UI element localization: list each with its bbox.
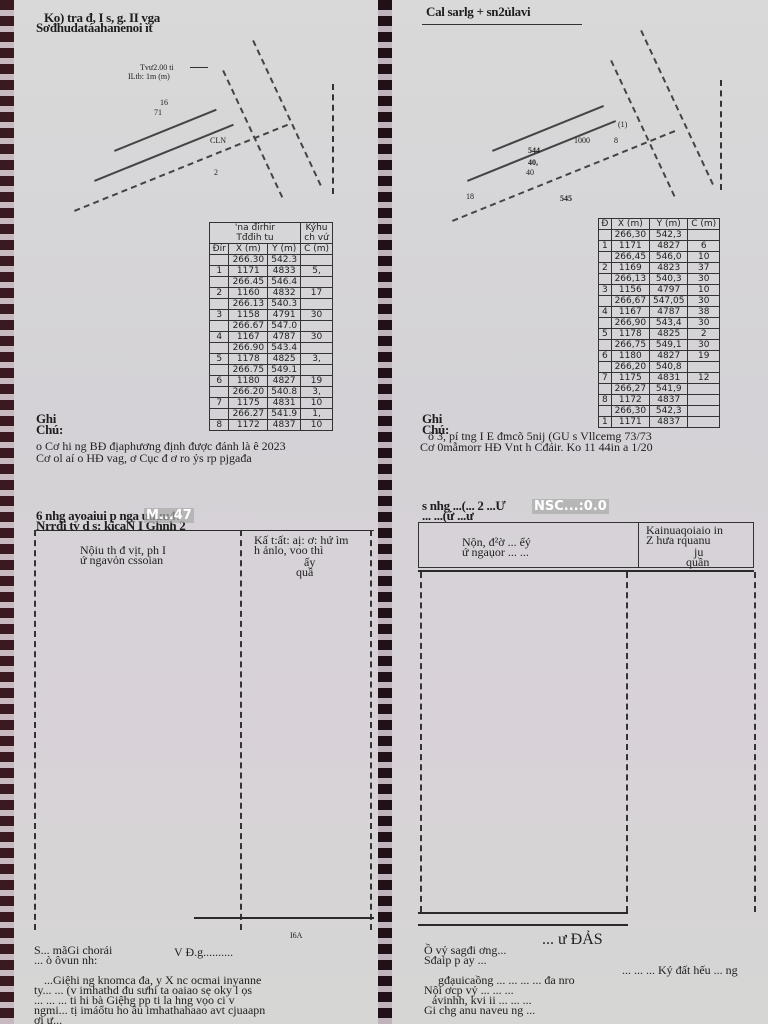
changes-col1-line2: ứ ngavỏn cssoian xyxy=(80,554,163,566)
table-cell xyxy=(599,362,612,373)
table-cell: 30 xyxy=(688,296,720,307)
table-cell: 4825 xyxy=(650,329,688,340)
right-note-line2: Cơ 0mẫmorr HĐ Vnt h Cđáir. Ko 11 44in a … xyxy=(420,441,653,453)
table-row: 266.20540.83, xyxy=(210,387,333,398)
parcel-boundary xyxy=(252,40,321,186)
table-row: 266,67547,0530 xyxy=(599,296,720,307)
changes-col2-line4: quầ xyxy=(296,566,313,578)
table-cell: 549.1 xyxy=(268,365,301,376)
table-cell: 4831 xyxy=(268,398,301,409)
header-col-divider xyxy=(638,522,639,568)
table-row: 81172483710 xyxy=(210,420,333,431)
table-cell: 543,4 xyxy=(650,318,688,329)
table-cell: 4827 xyxy=(650,241,688,252)
table-row: 266,45546,010 xyxy=(599,252,720,263)
table-cell: 266,30 xyxy=(611,230,649,241)
left-note-label2: Chú: xyxy=(36,424,63,436)
table-cell: 1156 xyxy=(611,285,649,296)
table-cell: 6 xyxy=(210,376,229,387)
table-cell xyxy=(688,362,720,373)
col-header: C (m) xyxy=(301,244,333,255)
table-cell: 6 xyxy=(688,241,720,252)
page-binding-edge-middle xyxy=(378,0,392,1024)
table-cell xyxy=(210,321,229,332)
table-row: 266,30542,3 xyxy=(599,230,720,241)
table-cell: 5 xyxy=(210,354,229,365)
table-cell: 266.20 xyxy=(229,387,268,398)
table-cell: 1178 xyxy=(611,329,649,340)
right-header-line1: Cal sarlg + sn2ủlavi xyxy=(426,6,530,18)
col-header: Y (m) xyxy=(650,219,688,230)
table-cell xyxy=(301,299,333,310)
parcel-boundary xyxy=(452,130,675,222)
table-cell: 1160 xyxy=(229,288,268,299)
table-cell: 4837 xyxy=(268,420,301,431)
table-right-border xyxy=(370,530,372,930)
table-col-divider xyxy=(240,530,242,930)
table-cell: 1171 xyxy=(611,417,649,428)
table-top-border xyxy=(34,530,374,531)
table-row: 266.30542.3 xyxy=(210,255,333,266)
table-row: 266.13540.3 xyxy=(210,299,333,310)
table-cell: 266,27 xyxy=(611,384,649,395)
table-cell: 266,75 xyxy=(611,340,649,351)
road-boundary xyxy=(332,84,334,194)
table-cell: 266,45 xyxy=(611,252,649,263)
table-cell: 4 xyxy=(599,307,612,318)
table-cell: 542,3 xyxy=(650,406,688,417)
table-row: 266,75549,130 xyxy=(599,340,720,351)
table-cell xyxy=(301,343,333,354)
table-row: 31156479710 xyxy=(599,285,720,296)
header-underline xyxy=(422,24,582,25)
table-cell: 266,13 xyxy=(611,274,649,285)
table-cell xyxy=(599,230,612,241)
table-cell: 19 xyxy=(301,376,333,387)
table-left-border xyxy=(420,572,422,912)
table-cell: 546,0 xyxy=(650,252,688,263)
table-cell xyxy=(688,406,720,417)
redaction-overlay: M...47 xyxy=(144,508,194,523)
col-header: C (m) xyxy=(688,219,720,230)
table-cell: 6 xyxy=(599,351,612,362)
table-row: 31158479130 xyxy=(210,310,333,321)
table-cell: 3, xyxy=(301,354,333,365)
table-cell: 17 xyxy=(301,288,333,299)
table-cell: 266,67 xyxy=(611,296,649,307)
table-cell: 547.0 xyxy=(268,321,301,332)
table-cell: 8 xyxy=(210,420,229,431)
table-row: 21160483217 xyxy=(210,288,333,299)
table-cell xyxy=(599,252,612,263)
table-cell: 1171 xyxy=(229,266,268,277)
table-cell xyxy=(210,299,229,310)
table-cell xyxy=(301,321,333,332)
table-row: 266.27541.91, xyxy=(210,409,333,420)
table-row: 71175483110 xyxy=(210,398,333,409)
col-header: X (m) xyxy=(229,244,268,255)
table-cell: 4797 xyxy=(650,285,688,296)
table-cell: 30 xyxy=(301,332,333,343)
footer-tag: I6A xyxy=(290,931,302,940)
table-cell xyxy=(688,384,720,395)
plot-label: 71 xyxy=(154,108,162,117)
table-row: 111714837 xyxy=(599,417,720,428)
plot-label: 16 xyxy=(160,98,168,107)
table-cell xyxy=(210,343,229,354)
table-cell: 266,30 xyxy=(611,406,649,417)
table-cell: 543.4 xyxy=(268,343,301,354)
table-row: 266,27541,9 xyxy=(599,384,720,395)
table-cell: 1 xyxy=(599,417,612,428)
table-cell: 1180 xyxy=(611,351,649,362)
table-cell: 19 xyxy=(688,351,720,362)
plot-label: 545 xyxy=(560,194,572,203)
table-cell: 266.45 xyxy=(229,277,268,288)
plot-label: 2 xyxy=(214,168,218,177)
table-cell xyxy=(599,406,612,417)
table-cell: 7 xyxy=(210,398,229,409)
col-header: Đ xyxy=(599,219,612,230)
table-cell: 1172 xyxy=(611,395,649,406)
left-note-line2: Cơ ol aí o HĐ vag, ơ Cục đ ơ ro ỷs rp pj… xyxy=(36,452,252,464)
table-cell: 1167 xyxy=(229,332,268,343)
table-cell: 10 xyxy=(688,252,720,263)
parcel-boundary xyxy=(114,109,217,152)
scale-leader xyxy=(190,67,208,68)
changes-col2-line4: quần xyxy=(686,556,709,568)
table-cell: 30 xyxy=(688,274,720,285)
table-cell: 541,9 xyxy=(650,384,688,395)
left-sign-line2: ... ò ôvun nh: xyxy=(34,954,97,966)
unit-label: ILtb: 1m (m) xyxy=(128,72,170,81)
table-row: 266,30542,3 xyxy=(599,406,720,417)
table-cell: 1 xyxy=(210,266,229,277)
right-sign-value: ... ư ĐẢS xyxy=(542,934,603,946)
table-cell: 1171 xyxy=(611,241,649,252)
scale-label: Tvư2.00 ti xyxy=(140,63,174,72)
table-cell xyxy=(301,255,333,266)
table-cell xyxy=(210,277,229,288)
table-cell: 2 xyxy=(688,329,720,340)
left-sign-value: V Đ.g.......... xyxy=(174,946,233,958)
table-cell: 541.9 xyxy=(268,409,301,420)
table-cell: 4831 xyxy=(650,373,688,384)
table-cell: 1 xyxy=(599,241,612,252)
table-cell: 547,05 xyxy=(650,296,688,307)
table-cell: 5 xyxy=(599,329,612,340)
table-cell xyxy=(301,365,333,376)
table-row: 61180482719 xyxy=(599,351,720,362)
table-cell xyxy=(599,340,612,351)
table-cell: 542.3 xyxy=(268,255,301,266)
table-cell: 1167 xyxy=(611,307,649,318)
table-cell: 30 xyxy=(688,340,720,351)
table-cell: 4837 xyxy=(650,395,688,406)
table-cell: 1169 xyxy=(611,263,649,274)
table-cell: 4832 xyxy=(268,288,301,299)
table-cell: 266,20 xyxy=(611,362,649,373)
table-cell: 12 xyxy=(688,373,720,384)
table-cell: 266.75 xyxy=(229,365,268,376)
table-cell: 549,1 xyxy=(650,340,688,351)
plot-label: 8 xyxy=(614,136,618,145)
table-cell: 4827 xyxy=(650,351,688,362)
table-cell: 1178 xyxy=(229,354,268,365)
right-sign-line2: Sđaip p ay ... xyxy=(424,954,487,966)
table-cell: 266.27 xyxy=(229,409,268,420)
table-cell: 3 xyxy=(210,310,229,321)
table-cell: 1180 xyxy=(229,376,268,387)
table-cell: 30 xyxy=(301,310,333,321)
table-row: 1117148276 xyxy=(599,241,720,252)
table-cell xyxy=(599,274,612,285)
plot-label: 1000 xyxy=(574,136,590,145)
parcel-boundary xyxy=(640,30,714,185)
table-cell xyxy=(210,409,229,420)
table-cell: 4823 xyxy=(650,263,688,274)
right-section-title2: ... ...(ứ ...ư xyxy=(422,510,473,522)
table-cell: 30 xyxy=(688,318,720,329)
right-page: Cal sarlg + sn2ủlavi 544 40, 40 545 18 1… xyxy=(392,0,768,1024)
table-row: 41167478738 xyxy=(599,307,720,318)
table-cell: 2 xyxy=(599,263,612,274)
table-cell xyxy=(210,255,229,266)
table-row: 266,20540,8 xyxy=(599,362,720,373)
table-cell: 4833 xyxy=(268,266,301,277)
table-cell: 10 xyxy=(688,285,720,296)
table-divider xyxy=(418,570,754,572)
col-header: X (m) xyxy=(611,219,649,230)
table-cell: 3 xyxy=(599,285,612,296)
table-cell xyxy=(688,417,720,428)
table-row: 266.75549.1 xyxy=(210,365,333,376)
table-row: 266.90543.4 xyxy=(210,343,333,354)
table-cell: 1175 xyxy=(229,398,268,409)
table-row: 71175483112 xyxy=(599,373,720,384)
page-binding-edge-left xyxy=(0,0,14,1024)
table-cell: 38 xyxy=(688,307,720,318)
table-bottom-border xyxy=(418,912,628,914)
col-header: Đỉr xyxy=(210,244,229,255)
right-footnote-5: Gi chg anu naveu ng ... xyxy=(424,1004,535,1016)
table-row: 1117148335, xyxy=(210,266,333,277)
table-cell: 546.4 xyxy=(268,277,301,288)
table-bottom-border xyxy=(418,924,628,926)
table-cell: 1175 xyxy=(611,373,649,384)
table-cell: 540,3 xyxy=(650,274,688,285)
table-row: 5117848252 xyxy=(599,329,720,340)
table-cell: 4787 xyxy=(650,307,688,318)
table-cell: 10 xyxy=(301,398,333,409)
table-cell: 37 xyxy=(688,263,720,274)
table-cell: 266.30 xyxy=(229,255,268,266)
table-cell: 266.13 xyxy=(229,299,268,310)
plot-label: 40 xyxy=(526,168,534,177)
coordinate-table: Đ X (m) Y (m) C (m) 266,30542,3111714827… xyxy=(598,218,720,428)
left-footnote-5: ơi ư... xyxy=(34,1014,62,1024)
left-page: Ko) tra đ, I s, g. II vga Sơđhudatáahane… xyxy=(14,0,382,1024)
table-cell: 4837 xyxy=(650,417,688,428)
table-row: 266,90543,430 xyxy=(599,318,720,329)
right-footnote-1: ... ... ... Ký đất hếu ... ng xyxy=(622,964,738,976)
table-row: 21169482337 xyxy=(599,263,720,274)
left-footnote-4: ngmi... tị imáổtu ho âu imhathahaao avt … xyxy=(34,1004,265,1016)
table-bottom-border xyxy=(194,917,374,919)
table-cell: 540,8 xyxy=(650,362,688,373)
table-cell: 1172 xyxy=(229,420,268,431)
table-cell: 4827 xyxy=(268,376,301,387)
table-cell: 266.67 xyxy=(229,321,268,332)
left-header-line2: Sơđhudatáahanenoi ìt xyxy=(36,22,152,34)
table-cell: 266,90 xyxy=(611,318,649,329)
table-row: 61180482719 xyxy=(210,376,333,387)
table-cell: 7 xyxy=(599,373,612,384)
table-row: 266,13540,330 xyxy=(599,274,720,285)
table-cell xyxy=(210,365,229,376)
table-row: 811724837 xyxy=(599,395,720,406)
table-cell xyxy=(301,277,333,288)
table-row: 266.45546.4 xyxy=(210,277,333,288)
coord-extra-title: Kýhuch vứ xyxy=(301,223,333,244)
table-left-border xyxy=(34,530,36,930)
table-cell: 540.8 xyxy=(268,387,301,398)
road-boundary xyxy=(720,80,722,190)
table-row: 5117848253, xyxy=(210,354,333,365)
table-cell: 540.3 xyxy=(268,299,301,310)
plot-label: 544 xyxy=(528,146,540,155)
table-cell: 1, xyxy=(301,409,333,420)
table-cell: 10 xyxy=(301,420,333,431)
table-cell: 3, xyxy=(301,387,333,398)
parcel-boundary xyxy=(74,124,288,212)
table-cell: 8 xyxy=(599,395,612,406)
plot-label: 18 xyxy=(466,192,474,201)
table-cell xyxy=(688,395,720,406)
coordinate-table: 'na đirhirTđđih tu Kýhuch vứ Đỉr X (m) Y… xyxy=(209,222,333,431)
table-cell xyxy=(599,296,612,307)
table-cell: 4825 xyxy=(268,354,301,365)
table-cell xyxy=(688,230,720,241)
table-cell: 4791 xyxy=(268,310,301,321)
coord-title: 'na đirhirTđđih tu xyxy=(210,223,301,244)
redaction-overlay: NSC...:0.0 xyxy=(532,499,609,514)
table-cell: 542,3 xyxy=(650,230,688,241)
table-cell xyxy=(210,387,229,398)
table-row: 266.67547.0 xyxy=(210,321,333,332)
table-row: 41167478730 xyxy=(210,332,333,343)
table-col-divider xyxy=(626,572,628,912)
col-header: Y (m) xyxy=(268,244,301,255)
table-cell: 266.90 xyxy=(229,343,268,354)
table-cell xyxy=(599,384,612,395)
plot-label: 40, xyxy=(528,158,538,167)
table-cell: 2 xyxy=(210,288,229,299)
plot-label: CLN xyxy=(210,136,226,145)
plot-label: (1) xyxy=(618,120,627,129)
table-cell: 5, xyxy=(301,266,333,277)
table-cell: 1158 xyxy=(229,310,268,321)
table-cell: 4 xyxy=(210,332,229,343)
table-cell: 4787 xyxy=(268,332,301,343)
changes-col1-line2: ứ ngaụor ... ... xyxy=(462,546,529,558)
table-right-border xyxy=(754,572,756,912)
table-cell xyxy=(599,318,612,329)
